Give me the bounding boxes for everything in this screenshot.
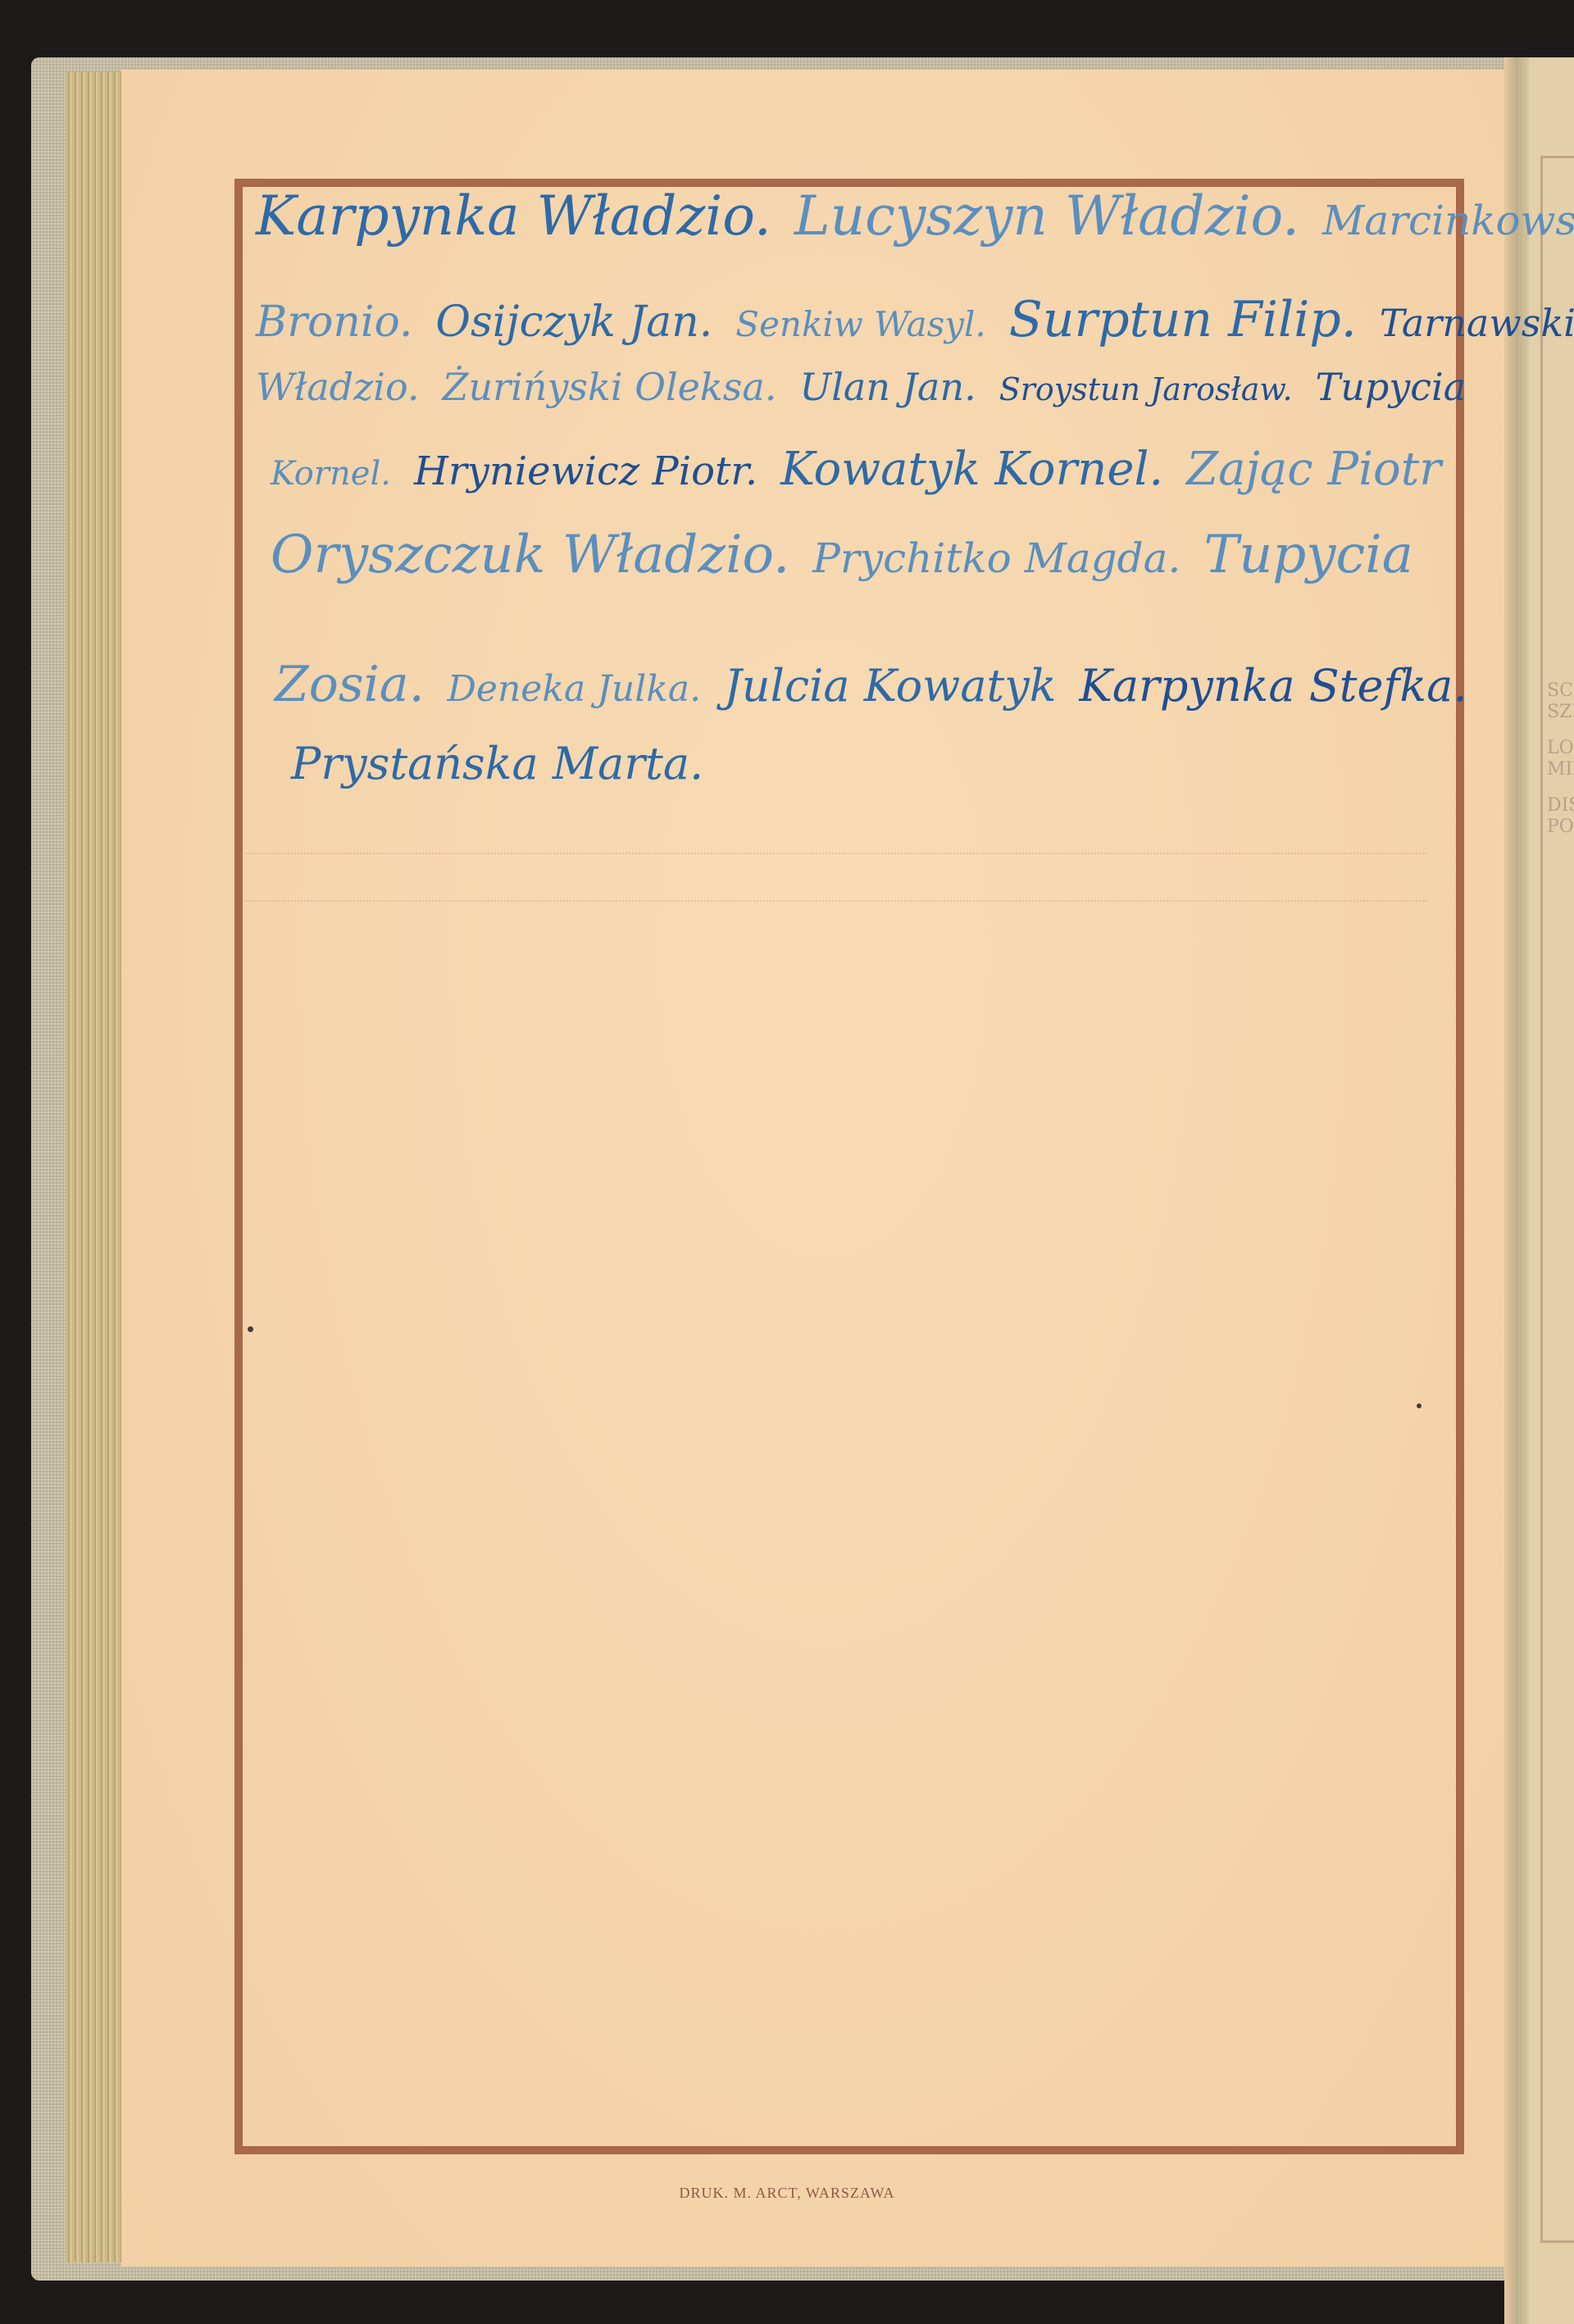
handwriting-line-6: Zosia.Deneka Julka.Julcia KowatykKarpynk… [275, 656, 1490, 713]
handwriting-line-1: Karpynka Władzio.Lucyszyn Władzio.Marcin… [256, 184, 1574, 248]
ink-speck [1417, 1403, 1422, 1408]
name-entry: Ulan Jan. [799, 365, 976, 409]
printer-imprint: DRUK. M. ARCT, WARSZAWA [0, 2185, 1574, 2202]
name-entry: Władzio. [256, 365, 420, 409]
ink-speck [248, 1326, 253, 1332]
name-entry: Żurińyski Oleksa. [443, 365, 777, 409]
right-page-fragment: PO [1547, 816, 1574, 838]
name-entry: Kornel. [271, 455, 391, 493]
right-page-frame [1540, 156, 1574, 2243]
name-entry: Hryniewicz Piotr. [414, 448, 757, 494]
faint-ruled-line [246, 900, 1426, 902]
name-entry: Tarnawski [1380, 301, 1574, 345]
right-page-edge: SCH SZK LOC MIE DIS PO [1529, 57, 1574, 2324]
right-page-fragment: LOC [1547, 738, 1574, 759]
page-edges [66, 72, 125, 2263]
name-entry: Marcinkowski [1322, 197, 1574, 244]
name-entry: Julcia Kowatyk [724, 660, 1056, 712]
handwriting-line-3: Władzio.Żurińyski Oleksa.Ulan Jan.Sroyst… [256, 365, 1489, 409]
name-entry: Tupycia [1203, 525, 1413, 585]
name-entry: Tupycia [1316, 365, 1467, 409]
name-entry: Zając Piotr [1186, 443, 1441, 496]
right-page-fragment: SZK [1547, 702, 1574, 723]
name-entry: Zosia. [275, 656, 425, 713]
name-entry: Osijczyk Jan. [435, 298, 712, 347]
right-page-fragment: MIE [1547, 759, 1574, 780]
handwriting-line-7: Prystańska Marta. [291, 738, 726, 789]
name-entry: Prystańska Marta. [291, 738, 703, 789]
name-entry: Senkiw Wasyl. [735, 304, 985, 344]
faint-ruled-line [246, 853, 1426, 854]
name-entry: Lucyszyn Władzio. [794, 184, 1299, 248]
name-entry: Bronio. [256, 298, 412, 347]
name-entry: Deneka Julka. [448, 668, 702, 710]
handwriting-line-4: Kornel.Hryniewicz Piotr.Kowatyk Kornel.Z… [271, 443, 1464, 496]
name-entry: Karpynka Stefka. [1079, 660, 1467, 712]
name-entry: Kowatyk Kornel. [780, 443, 1163, 496]
name-entry: Oryszczuk Władzio. [271, 525, 789, 585]
right-page-fragment: DIS [1547, 795, 1574, 816]
handwriting-line-5: Oryszczuk Władzio.Prychitko Magda.Tupyci… [271, 525, 1436, 585]
name-entry: Prychitko Magda. [812, 534, 1180, 582]
name-entry: Karpynka Władzio. [256, 184, 771, 248]
name-entry: Sroystun Jarosław. [999, 371, 1293, 407]
name-entry: Surptun Filip. [1009, 291, 1357, 348]
handwriting-line-2: Bronio.Osijczyk Jan.Senkiw Wasyl.Surptun… [256, 291, 1574, 348]
right-page-fragment: SCH [1547, 680, 1574, 702]
book-gutter [1504, 57, 1529, 2324]
